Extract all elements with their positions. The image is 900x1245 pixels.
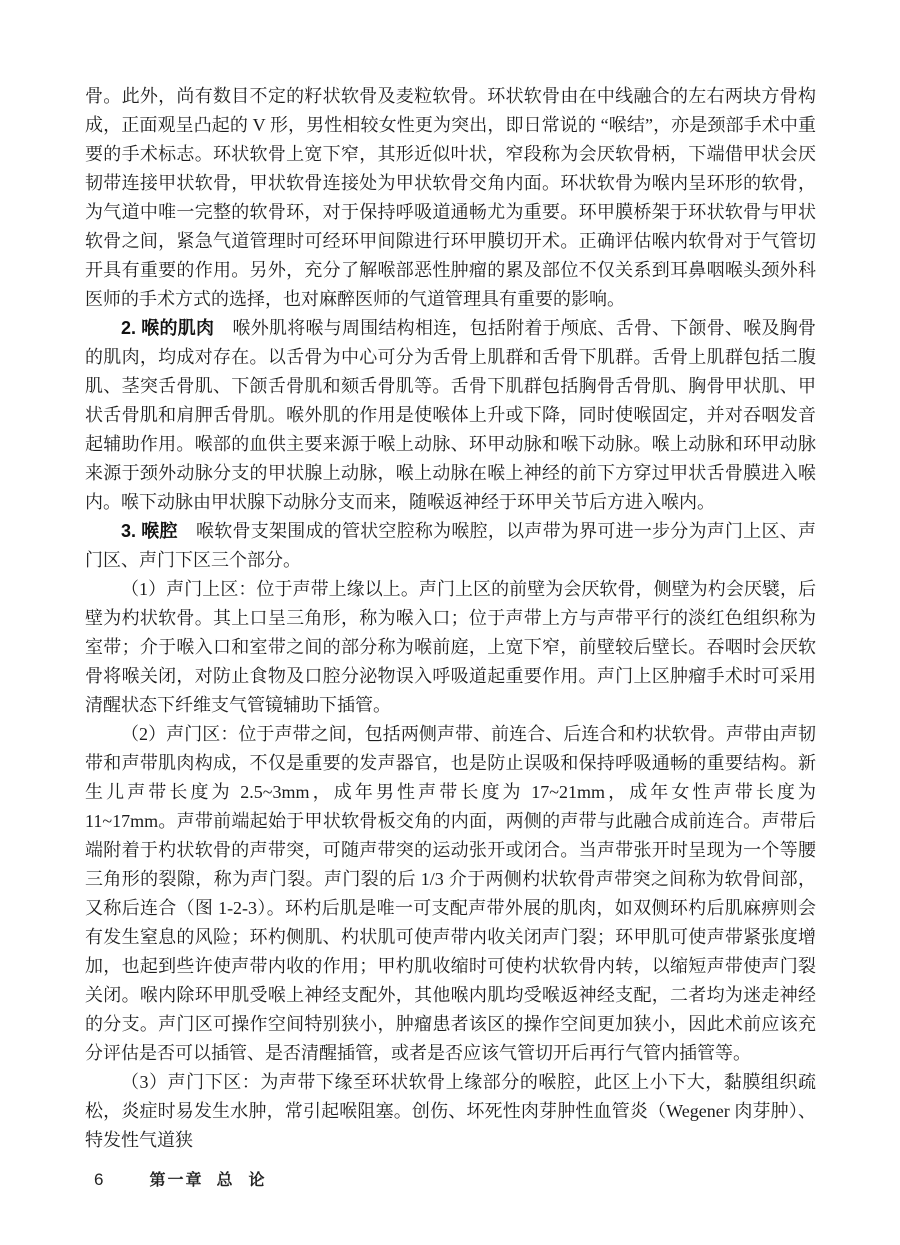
paragraph: 3. 喉腔 喉软骨支架围成的管状空腔称为喉腔，以声带为界可进一步分为声门上区、声…: [85, 517, 816, 575]
paragraph: 骨。此外，尚有数目不定的籽状软骨及麦粒软骨。环状软骨由在中线融合的左右两块方骨构…: [85, 82, 816, 314]
page-number: 6: [85, 1170, 103, 1190]
paragraph: 2. 喉的肌肉 喉外肌将喉与周围结构相连，包括附着于颅底、舌骨、下颌骨、喉及胸骨…: [85, 314, 816, 517]
body-text-block: 骨。此外，尚有数目不定的籽状软骨及麦粒软骨。环状软骨由在中线融合的左右两块方骨构…: [85, 82, 816, 1155]
run-in-heading: 3. 喉腔: [121, 521, 178, 541]
paragraph: （2）声门区：位于声带之间，包括两侧声带、前连合、后连合和杓状软骨。声带由声韧带…: [85, 720, 816, 1068]
page-footer: 6 第一章 总 论: [85, 1167, 816, 1190]
footer-section-title: 总 论: [216, 1167, 264, 1190]
run-in-heading: 2. 喉的肌肉: [121, 318, 214, 338]
paragraph: （3）声门下区：为声带下缘至环状软骨上缘部分的喉腔，此区上小下大，黏膜组织疏松，…: [85, 1068, 816, 1155]
paragraph: （1）声门上区：位于声带上缘以上。声门上区的前壁为会厌软骨，侧壁为杓会厌襞，后壁…: [85, 575, 816, 720]
footer-chapter-label: 第一章: [149, 1167, 203, 1190]
